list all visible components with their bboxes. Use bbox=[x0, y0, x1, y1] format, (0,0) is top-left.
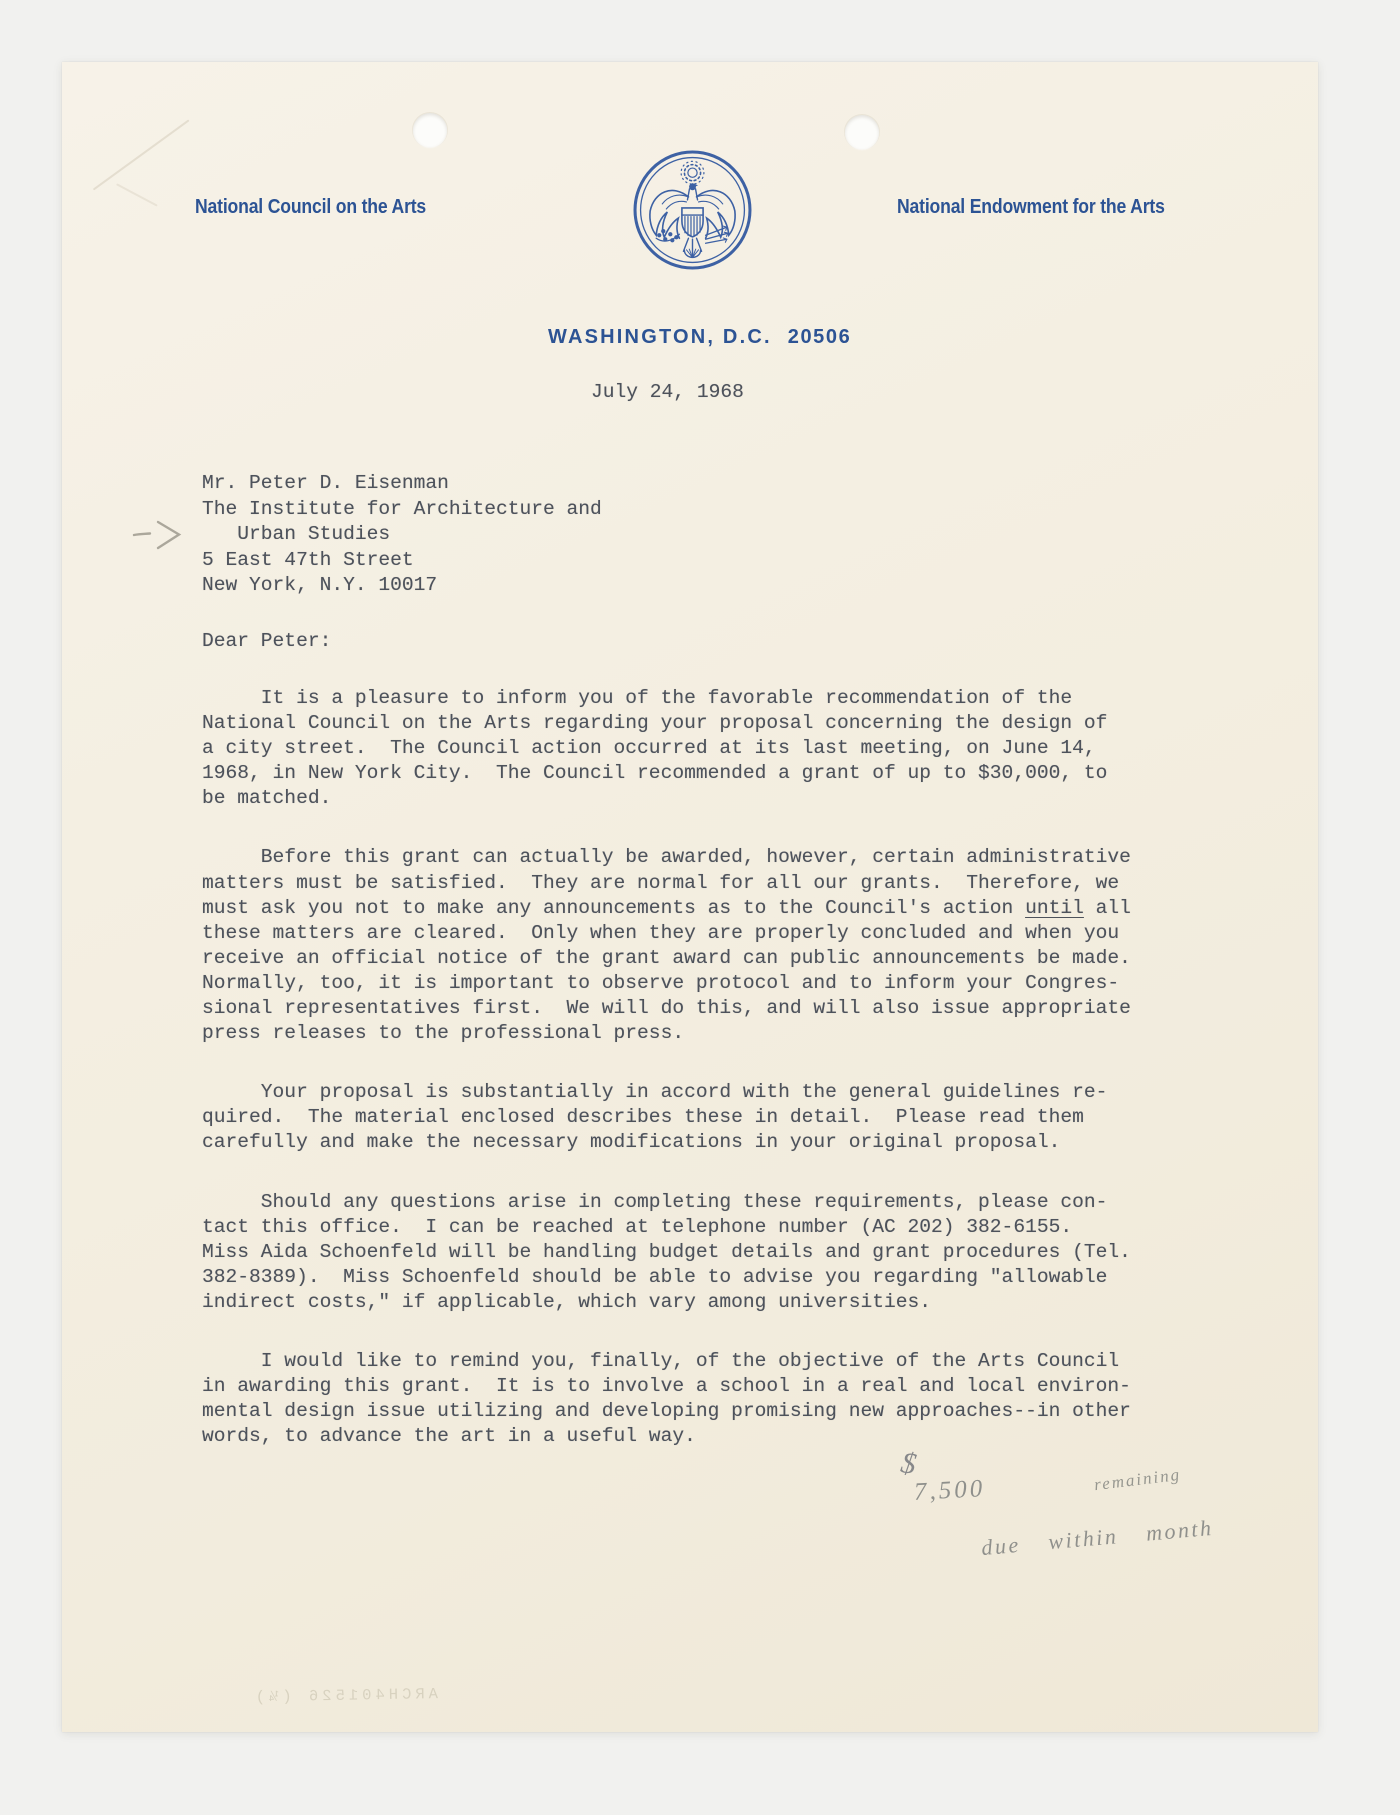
body-line: carefully and make the necessary modific… bbox=[202, 1130, 1182, 1155]
body-paragraph: Should any questions arise in completing… bbox=[202, 1190, 1182, 1315]
body-paragraph: Your proposal is substantially in accord… bbox=[202, 1080, 1182, 1155]
address-line: New York, N.Y. 10017 bbox=[202, 573, 602, 599]
paper-crease bbox=[93, 119, 189, 190]
body-line: 382-8389). Miss Schoenfeld should be abl… bbox=[202, 1265, 1182, 1290]
recipient-address-block: Mr. Peter D. EisenmanThe Institute for A… bbox=[202, 471, 602, 599]
letter-body: It is a pleasure to inform you of the fa… bbox=[202, 686, 1182, 1483]
salutation: Dear Peter: bbox=[202, 630, 331, 652]
body-line: matters must be satisfied. They are norm… bbox=[202, 871, 1182, 896]
handwritten-due-note: due within month bbox=[980, 1515, 1214, 1561]
address-line: Mr. Peter D. Eisenman bbox=[202, 471, 602, 497]
body-line: words, to advance the art in a useful wa… bbox=[202, 1424, 1182, 1449]
address-line: 5 East 47th Street bbox=[202, 548, 602, 574]
body-line: be matched. bbox=[202, 786, 1182, 811]
body-line: I would like to remind you, finally, of … bbox=[202, 1349, 1182, 1374]
body-line: 1968, in New York City. The Council reco… bbox=[202, 761, 1182, 786]
body-line: receive an official notice of the grant … bbox=[202, 946, 1182, 971]
body-line: Normally, too, it is important to observ… bbox=[202, 971, 1182, 996]
body-line: indirect costs," if applicable, which va… bbox=[202, 1290, 1182, 1315]
address-line: The Institute for Architecture and bbox=[202, 497, 602, 523]
body-line: a city street. The Council action occurr… bbox=[202, 736, 1182, 761]
paper-crease bbox=[116, 183, 157, 206]
body-paragraph: I would like to remind you, finally, of … bbox=[202, 1349, 1182, 1449]
body-line: press releases to the professional press… bbox=[202, 1021, 1182, 1046]
great-seal-icon bbox=[632, 149, 753, 271]
body-line: mental design issue utilizing and develo… bbox=[202, 1399, 1182, 1424]
body-paragraph: Before this grant can actually be awarde… bbox=[202, 845, 1182, 1046]
body-line: in awarding this grant. It is to involve… bbox=[202, 1374, 1182, 1399]
bleedthrough-archive-id: ARCH401526 (¼) bbox=[220, 1685, 438, 1707]
hole-punch-left bbox=[413, 113, 447, 147]
hole-punch-right bbox=[845, 115, 879, 149]
letter-date: July 24, 1968 bbox=[591, 381, 744, 403]
body-line: Should any questions arise in completing… bbox=[202, 1190, 1182, 1215]
body-line: It is a pleasure to inform you of the fa… bbox=[202, 686, 1182, 711]
hand-drawn-arrow-icon bbox=[131, 519, 187, 551]
city-text: WASHINGTON, D.C. bbox=[548, 326, 772, 348]
letterhead-city-line: WASHINGTON, D.C.20506 bbox=[548, 326, 851, 349]
body-line: tact this office. I can be reached at te… bbox=[202, 1215, 1182, 1240]
address-line: Urban Studies bbox=[202, 522, 602, 548]
body-line: Your proposal is substantially in accord… bbox=[202, 1080, 1182, 1105]
body-line: these matters are cleared. Only when the… bbox=[202, 921, 1182, 946]
body-paragraph: It is a pleasure to inform you of the fa… bbox=[202, 686, 1182, 811]
org-name-right: National Endowment for the Arts bbox=[897, 196, 1165, 219]
body-line: sional representatives first. We will do… bbox=[202, 996, 1182, 1021]
zip-code: 20506 bbox=[788, 326, 852, 348]
letter-paper: National Council on the Arts National En… bbox=[62, 62, 1318, 1732]
body-line: must ask you not to make any announcemen… bbox=[202, 896, 1182, 921]
handwritten-amount: 7,500 bbox=[913, 1475, 986, 1507]
body-line: Miss Aida Schoenfeld will be handling bu… bbox=[202, 1240, 1182, 1265]
scanned-letter-page: { "letterhead": { "left_org": "National … bbox=[0, 0, 1400, 1815]
body-line: National Council on the Arts regarding y… bbox=[202, 711, 1182, 736]
org-name-left: National Council on the Arts bbox=[195, 196, 426, 219]
body-line: quired. The material enclosed describes … bbox=[202, 1105, 1182, 1130]
body-line: Before this grant can actually be awarde… bbox=[202, 845, 1182, 870]
